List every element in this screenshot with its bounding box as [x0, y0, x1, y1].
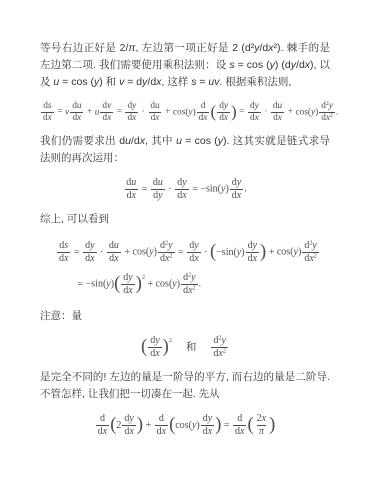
paragraph-note-label: 注意：量 [40, 308, 330, 325]
fraction: dudx [271, 101, 284, 123]
inline-math-run: /d [131, 135, 140, 147]
document-page: 等号右边正好是 2/π, 左边第一项正好是 2 (d²y/dx²). 棘手的是左… [0, 0, 370, 480]
fraction: dydx [83, 240, 96, 264]
inline-math-run: /d [296, 59, 305, 71]
inline-math-run: = cos ( [182, 135, 218, 147]
text-run: . 根据乘积法则, [220, 76, 292, 88]
fraction: dydx [246, 240, 259, 264]
fraction: ddx [96, 413, 109, 437]
fraction: ddx [233, 413, 246, 437]
fraction: d2ydx2 [211, 335, 228, 359]
fraction: ddx [197, 101, 210, 123]
inline-math-run: 2 (d² [232, 42, 254, 54]
equation-combined-line2: =−sin(y)(dydx)2+cos(y)d2ydx2. [40, 270, 330, 298]
inline-math-run: /d [147, 76, 156, 88]
paragraph-product-rule-setup: 等号右边正好是 2/π, 左边第一项正好是 2 (d²y/dx²). 棘手的是左… [40, 40, 330, 91]
paragraph-summary-intro: 综上, 可以看到 [40, 211, 330, 228]
text-run: , 其中 [145, 135, 176, 147]
fraction: dydx [175, 177, 188, 201]
fraction: dudx [148, 101, 161, 123]
paragraph-chain-rule-intro: 我们仍需要求出 du/dx, 其中 u = cos (y). 这其实就是链式求导… [40, 133, 330, 167]
fraction: dudx [70, 101, 83, 123]
paragraph-note-explanation: 是完全不同的! 左边的量是一阶导的平方, 而右边的量是二阶导. 不管怎样, 让我… [40, 369, 330, 403]
inline-math-run: = cos ( [235, 59, 270, 71]
text-run: 我们仍需要求出 [40, 135, 119, 147]
fraction: dydx [187, 240, 200, 264]
text-run: 是完全不同的! 左边的量是一阶导的平方, 而右边的量是二阶导. 不管怎样, 让我… [40, 371, 330, 400]
fraction: dydx [230, 177, 243, 201]
text-run: , 这样 [161, 76, 191, 88]
inline-math-run: uv [208, 76, 219, 88]
fraction: dydx [217, 101, 230, 123]
fraction: d2ydx2 [181, 272, 198, 296]
text-run: 等号右边正好是 [40, 42, 120, 54]
fraction: dydx [148, 335, 161, 359]
fraction: dsdx [41, 101, 54, 123]
fraction: dudx [124, 177, 138, 201]
equation-chain-rule: dudx=dudy·dydx=−sin(y)dydx. [40, 177, 330, 201]
fraction: dsdx [57, 240, 70, 264]
fraction: d2ydx2 [302, 240, 319, 264]
fraction: dydx [122, 413, 135, 437]
fraction: dvdx [100, 101, 113, 123]
page-content: 等号右边正好是 2/π, 左边第一项正好是 2 (d²y/dx²). 棘手的是左… [0, 0, 370, 437]
equation-quantity-comparison: (dydx)2和d2ydx2 [40, 335, 330, 359]
text-run: 综上, 可以看到 [40, 213, 109, 225]
fraction: d2ydx2 [158, 240, 175, 264]
inline-math-run: = [196, 76, 208, 88]
inline-math-run: ²) [274, 42, 281, 54]
text-run: 注意：量 [40, 310, 82, 322]
inline-math-run: = d [124, 76, 142, 88]
inline-math-run: ) (d [275, 59, 291, 71]
equation-product-rule-expansion: dsdx=vdudx+udvdx=dydx·dudx+cos(y)ddx(dyd… [40, 101, 330, 123]
inline-math-run: /d [260, 42, 269, 54]
fraction: dydx [121, 272, 134, 296]
equation-combined-result: dsdx=dydx·dudx+cos(y)d2ydx2=dydx·(−sin(y… [40, 238, 330, 298]
equation-combined-line1: dsdx=dydx·dudx+cos(y)d2ydx2=dydx·(−sin(y… [40, 238, 330, 266]
fraction: 2xπ [255, 413, 268, 437]
inline-math-run: = cos ( [59, 76, 94, 88]
fraction: dudy [151, 177, 165, 201]
fraction: dydx [248, 101, 261, 123]
fraction: ddx [155, 413, 168, 437]
fraction: dudx [107, 240, 121, 264]
fraction: d2ydx2 [319, 101, 335, 123]
text-run: , 左边第一项正好是 [135, 42, 232, 54]
fraction: dydx [125, 101, 138, 123]
fraction: dydx [201, 413, 214, 437]
text-run: 和 [103, 76, 119, 88]
equation-final-assembly: ddx(2dydx)+ddx(cos(y)dydx)=ddx(2xπ) [40, 413, 330, 437]
